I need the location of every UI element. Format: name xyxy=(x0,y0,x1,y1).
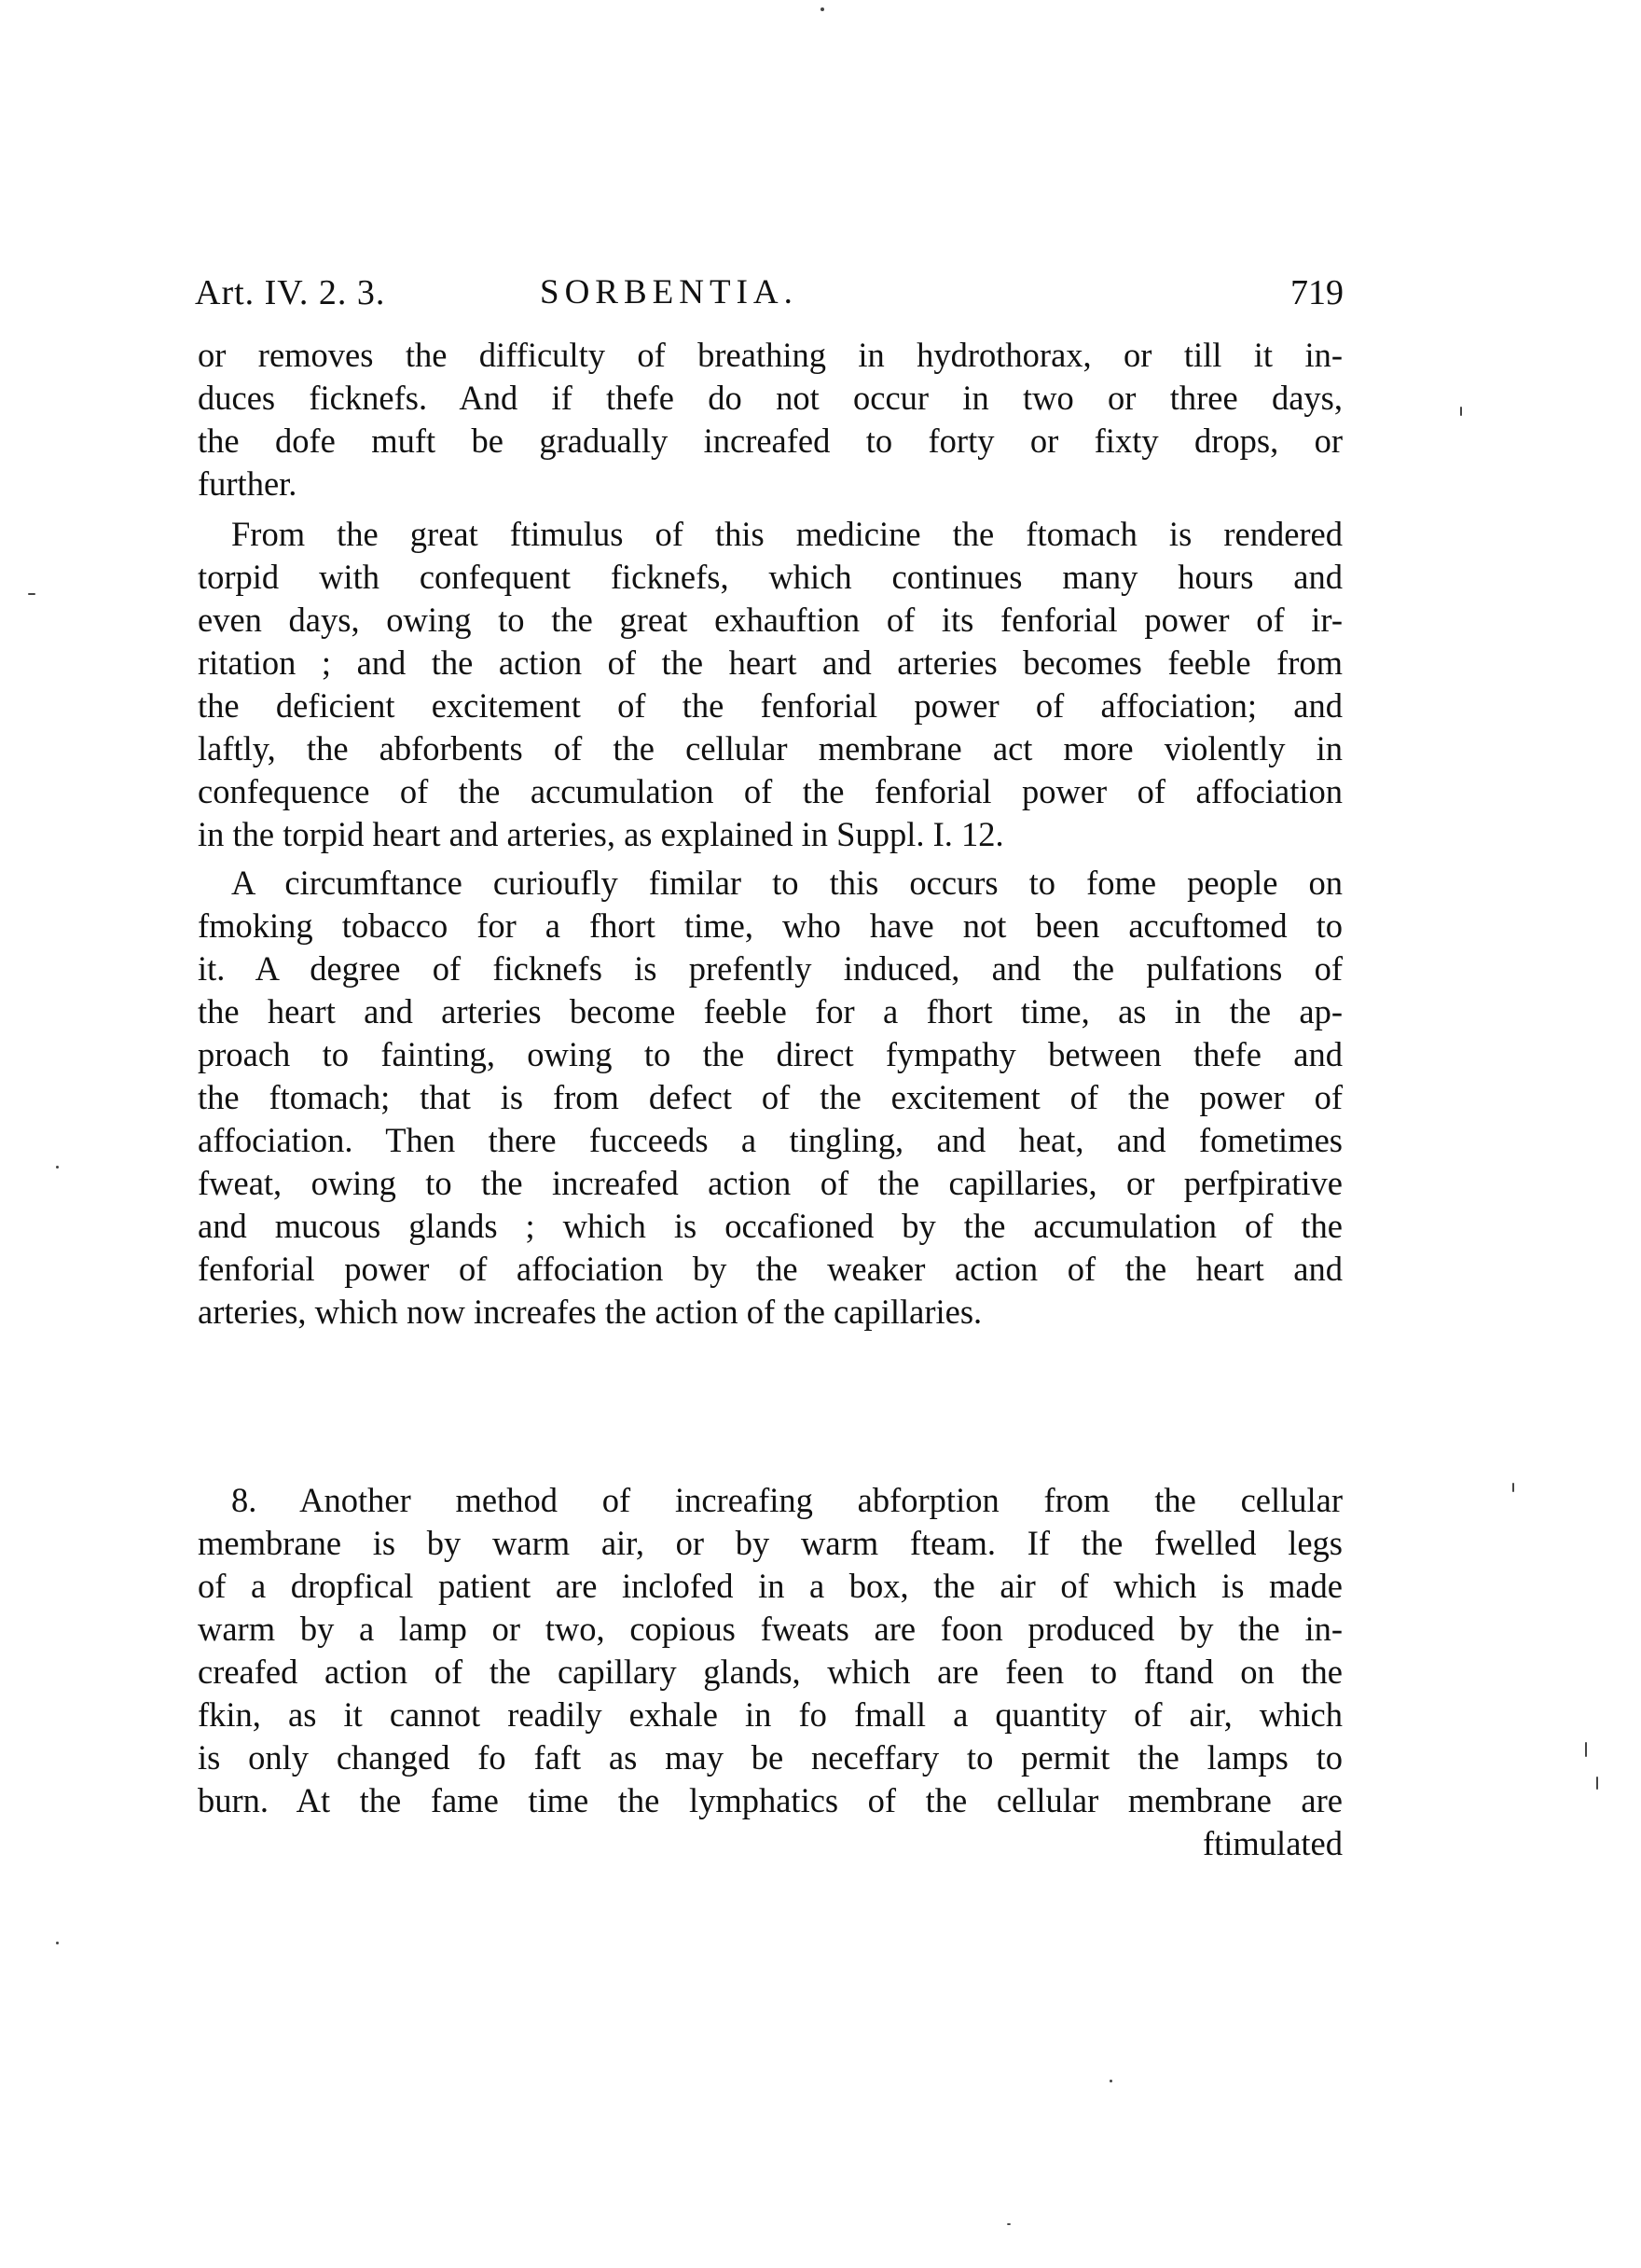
scan-speck xyxy=(1585,1742,1587,1757)
text-line: torpid with confequent ficknefs, which c… xyxy=(198,556,1343,599)
scan-speck xyxy=(1007,2223,1011,2225)
scan-speck xyxy=(1110,2080,1112,2082)
text-line: the heart and arteries become feeble for… xyxy=(198,990,1343,1033)
text-line: creafed action of the capillary glands, … xyxy=(198,1651,1343,1694)
text-line: or removes the difficulty of breathing i… xyxy=(198,334,1343,377)
scan-speck xyxy=(56,1166,59,1169)
text-line: fkin, as it cannot readily exhale in fo … xyxy=(198,1694,1343,1736)
text-line: the ftomach; that is from defect of the … xyxy=(198,1076,1343,1119)
article-reference: Art. IV. 2. 3. xyxy=(195,267,385,319)
catchword: ftimulated xyxy=(198,1822,1343,1865)
text-line: warm by a lamp or two, copious fweats ar… xyxy=(198,1608,1343,1651)
scan-speck xyxy=(820,7,824,11)
text-line: in the torpid heart and arteries, as exp… xyxy=(198,813,1343,856)
text-line: is only changed fo faft as may be neceff… xyxy=(198,1736,1343,1779)
text-line: the deficient excitement of the fenforia… xyxy=(198,685,1343,727)
text-line: affociation. Then there fucceeds a tingl… xyxy=(198,1119,1343,1162)
text-line: proach to fainting, owing to the direct … xyxy=(198,1033,1343,1076)
text-line: the dofe muft be gradually increafed to … xyxy=(198,420,1343,463)
book-page: Art. IV. 2. 3. SORBENTIA. 719 or removes… xyxy=(0,0,1641,2268)
scan-speck xyxy=(1596,1777,1598,1790)
scan-speck xyxy=(28,593,35,595)
text-line: confequence of the accumulation of the f… xyxy=(198,770,1343,813)
text-line: duces ficknefs. And if thefe do not occu… xyxy=(198,377,1343,420)
text-line: membrane is by warm air, or by warm ftea… xyxy=(198,1522,1343,1565)
text-line: it. A degree of ficknefs is prefently in… xyxy=(198,947,1343,990)
text-line: fenforial power of affociation by the we… xyxy=(198,1248,1343,1291)
text-line: fweat, owing to the increafed action of … xyxy=(198,1162,1343,1205)
text-line: fmoking tobacco for a fhort time, who ha… xyxy=(198,905,1343,947)
text-line: ritation ; and the action of the heart a… xyxy=(198,642,1343,685)
text-line: of a dropfical patient are inclofed in a… xyxy=(198,1565,1343,1608)
text-line: and mucous glands ; which is occafioned … xyxy=(198,1205,1343,1248)
page-number: 719 xyxy=(1290,267,1344,319)
text-line: laftly, the abforbents of the cellular m… xyxy=(198,727,1343,770)
text-line: further. xyxy=(198,463,1343,505)
paragraph-start-line: A circumftance curioufly fimilar to this… xyxy=(231,862,1343,905)
scan-speck xyxy=(1512,1483,1514,1492)
text-line: arteries, which now increafes the action… xyxy=(198,1291,1343,1334)
section-8-start-line: 8. Another method of increafing abforpti… xyxy=(231,1479,1343,1522)
scan-speck xyxy=(1460,407,1462,416)
section-title: SORBENTIA. xyxy=(540,267,798,319)
paragraph-start-line: From the great ftimulus of this medicine… xyxy=(231,513,1343,556)
running-head: Art. IV. 2. 3. SORBENTIA. 719 xyxy=(195,267,1344,319)
text-line: burn. At the fame time the lymphatics of… xyxy=(198,1779,1343,1822)
text-line: even days, owing to the great exhauftion… xyxy=(198,599,1343,642)
scan-speck xyxy=(56,1942,59,1944)
